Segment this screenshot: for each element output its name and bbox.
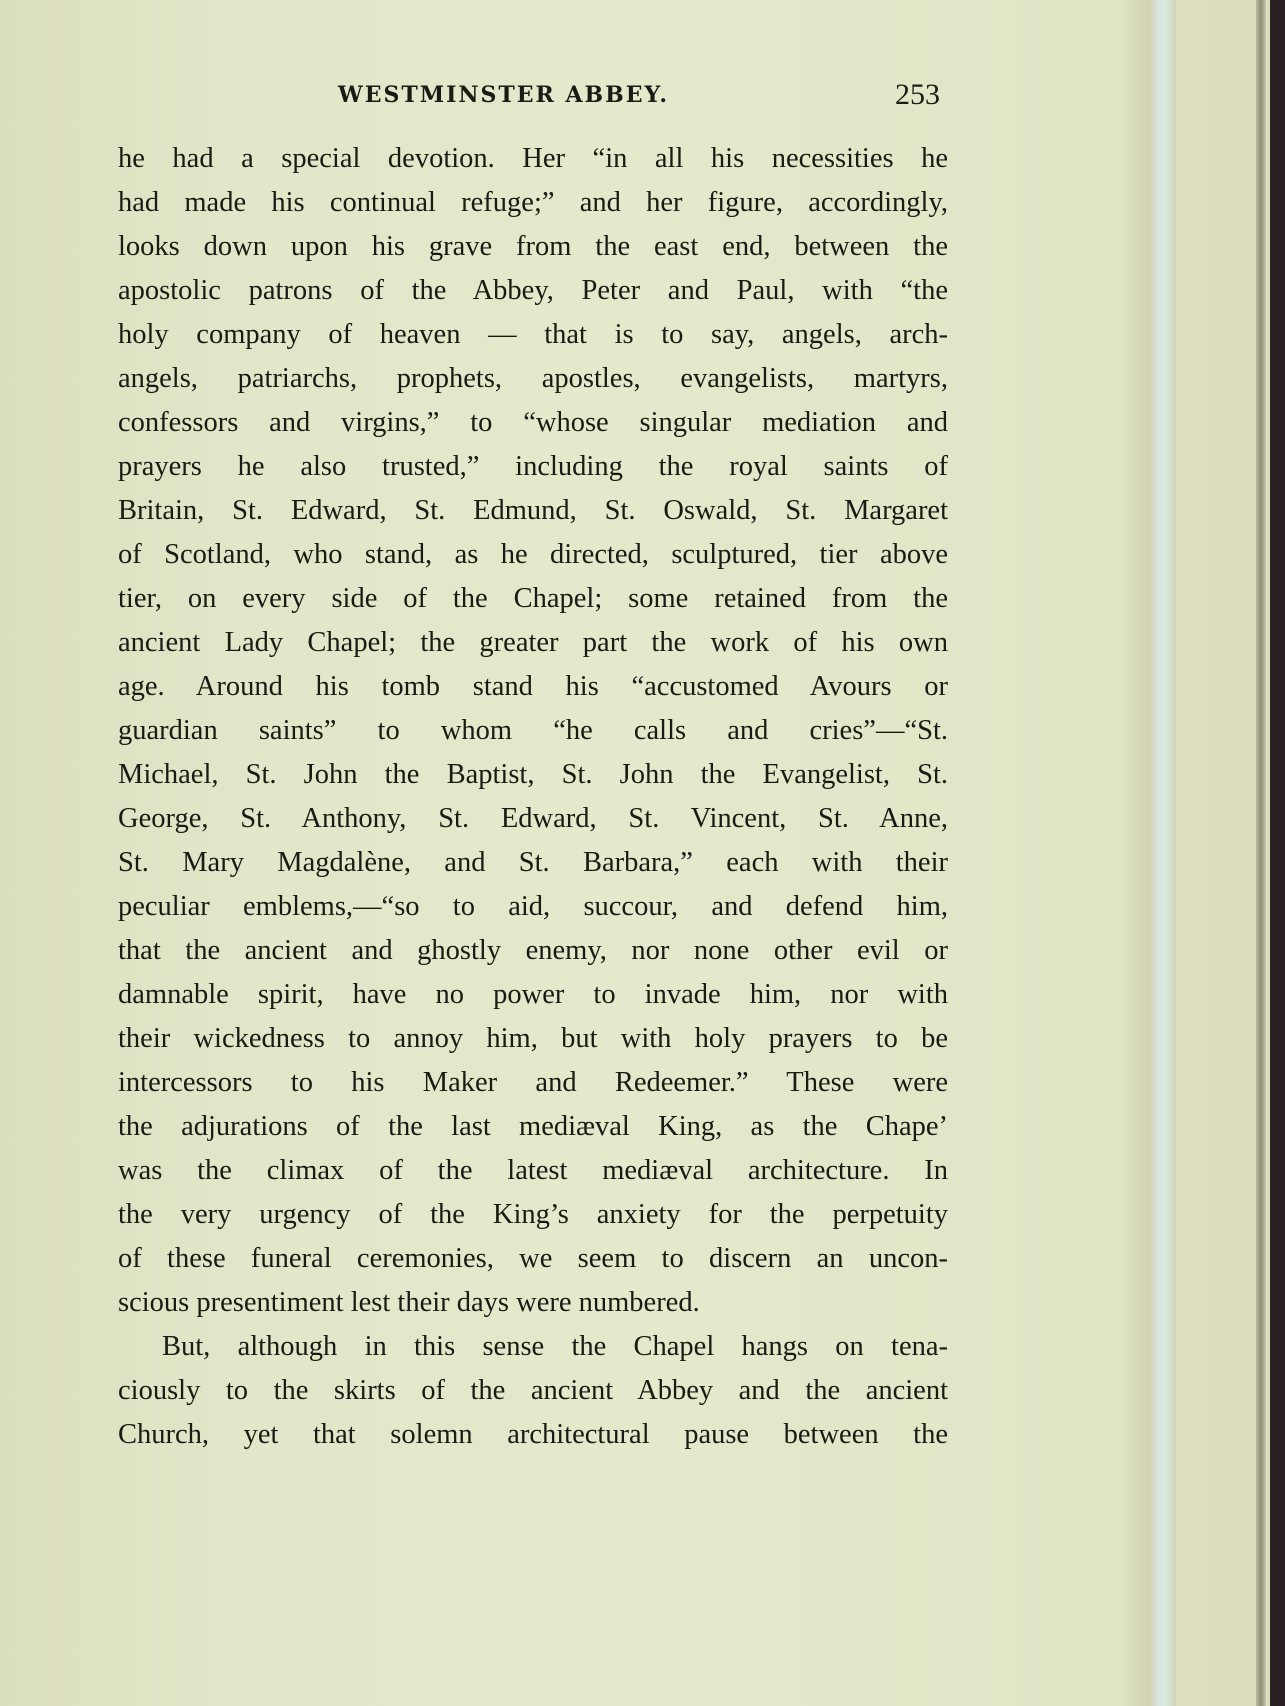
text-line: the very urgency of the King’s anxiety f… xyxy=(118,1193,948,1237)
text-line: apostolic patrons of the Abbey, Peter an… xyxy=(118,269,948,313)
text-line: guardian saints” to whom “he calls and c… xyxy=(118,709,948,753)
text-line: ancient Lady Chapel; the greater part th… xyxy=(118,621,948,665)
text-line: Britain, St. Edward, St. Edmund, St. Osw… xyxy=(118,489,948,533)
text-line: angels, patriarchs, prophets, apostles, … xyxy=(118,357,948,401)
running-head-title: WESTMINSTER ABBEY. xyxy=(338,82,669,108)
text-line: scious presentiment lest their days were… xyxy=(118,1281,948,1325)
text-line: intercessors to his Maker and Redeemer.”… xyxy=(118,1061,948,1105)
text-line: holy company of heaven — that is to say,… xyxy=(118,313,948,357)
text-line: had made his continual refuge;” and her … xyxy=(118,181,948,225)
text-line: But, although in this sense the Chapel h… xyxy=(118,1325,948,1369)
page-stack-edge xyxy=(1256,0,1266,1706)
page-number: 253 xyxy=(895,78,940,112)
text-line: age. Around his tomb stand his “accustom… xyxy=(118,665,948,709)
book-cover-edge xyxy=(1270,0,1285,1706)
paragraph-1: he had a special devotion. Her “in all h… xyxy=(118,137,948,1325)
text-line: that the ancient and ghostly enemy, nor … xyxy=(118,929,948,973)
text-line: looks down upon his grave from the east … xyxy=(118,225,948,269)
text-line: peculiar emblems,—“so to aid, succour, a… xyxy=(118,885,948,929)
text-line: their wickedness to annoy him, but with … xyxy=(118,1017,948,1061)
text-line: Michael, St. John the Baptist, St. John … xyxy=(118,753,948,797)
text-line: he had a special devotion. Her “in all h… xyxy=(118,137,948,181)
body-text: he had a special devotion. Her “in all h… xyxy=(118,137,948,1457)
text-line: St. Mary Magdalène, and St. Barbara,” ea… xyxy=(118,841,948,885)
text-line: was the climax of the latest mediæval ar… xyxy=(118,1149,948,1193)
page-curl-shadow xyxy=(1120,0,1150,1706)
text-line: the adjurations of the last mediæval Kin… xyxy=(118,1105,948,1149)
text-line: ciously to the skirts of the ancient Abb… xyxy=(118,1369,948,1413)
running-head: WESTMINSTER ABBEY. 253 xyxy=(118,78,948,118)
text-line: Church, yet that solemn architectural pa… xyxy=(118,1413,948,1457)
text-line: of Scotland, who stand, as he directed, … xyxy=(118,533,948,577)
text-line: damnable spirit, have no power to invade… xyxy=(118,973,948,1017)
text-line: confessors and virgins,” to “whose singu… xyxy=(118,401,948,445)
book-page: WESTMINSTER ABBEY. 253 he had a special … xyxy=(0,0,1100,1706)
text-line: prayers he also trusted,” including the … xyxy=(118,445,948,489)
text-line: George, St. Anthony, St. Edward, St. Vin… xyxy=(118,797,948,841)
page-gutter-strip xyxy=(1150,0,1176,1706)
text-line: of these funeral ceremonies, we seem to … xyxy=(118,1237,948,1281)
text-line: tier, on every side of the Chapel; some … xyxy=(118,577,948,621)
paragraph-2: But, although in this sense the Chapel h… xyxy=(118,1325,948,1457)
